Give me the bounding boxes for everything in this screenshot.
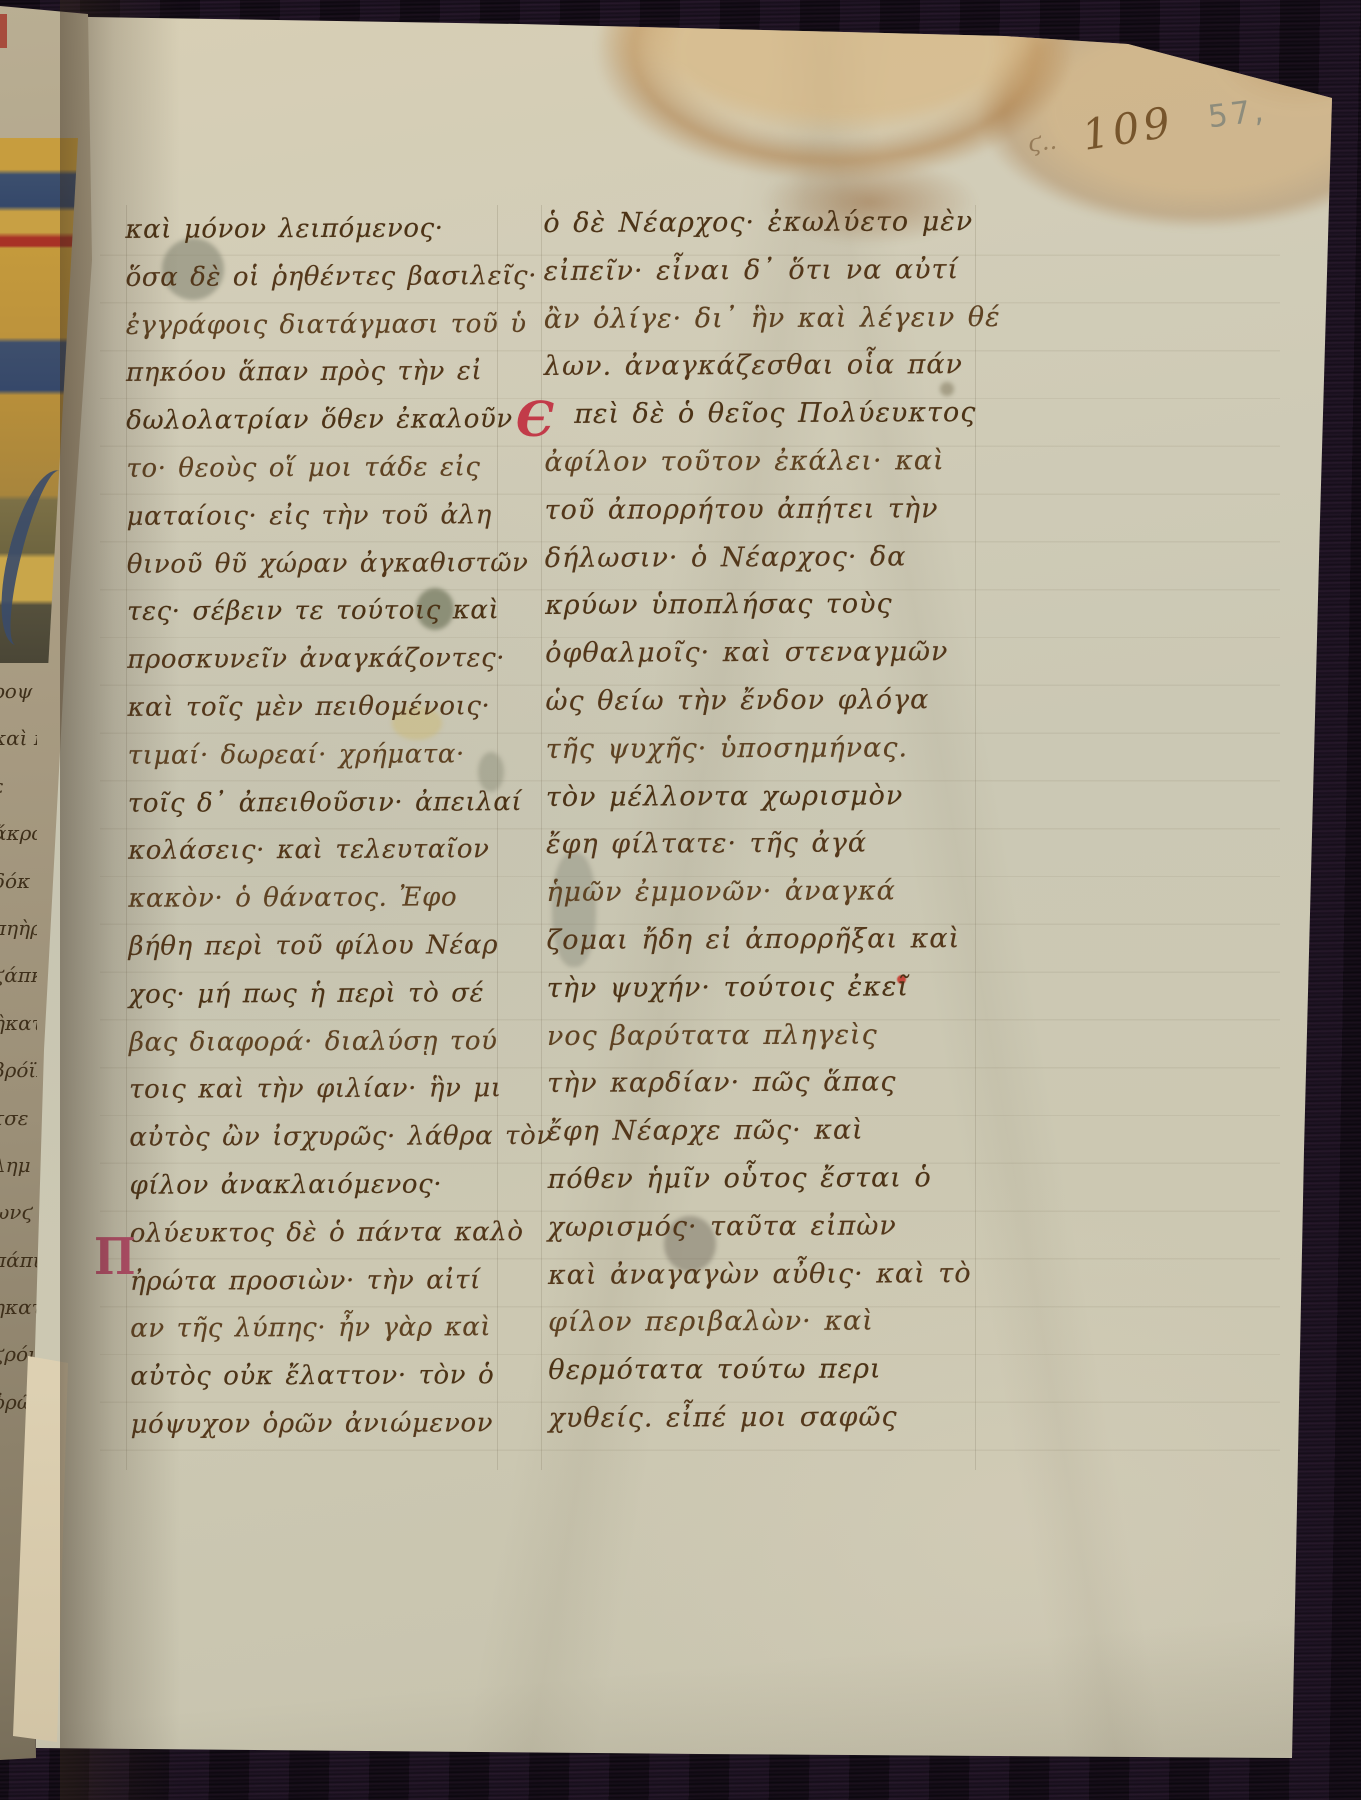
facing-page-text-fragments: ροψκαὶ πτεἄκρωδόκπηὴρϛάπκἢκατβρόϊκτσελημ… [0,668,37,1426]
text-line: πάπικ [0,1237,37,1284]
text-line: λων. ἀναγκάζεσθαι οἷα πάν [544,341,984,391]
text-line: λημ [0,1142,37,1189]
text-line: ὅσα δὲ οἱ ῥηθέντες βασιλεῖς· [125,253,497,302]
text-line: τὴν ψυχήν· τούτοις ἐκεῖ [547,963,987,1013]
text-line: δόκ [0,858,37,905]
text-line: θερμότατα τούτω περι [548,1345,988,1395]
text-line: βρόϊκ [0,1047,37,1094]
text-line: πηκόου ἅπαν πρὸς τὴν εἰ [126,349,498,398]
text-line: αὐτὸς ὢν ἰσχυρῶς· λάθρα τὸν [129,1113,501,1162]
text-line: εἰπεῖν· εἶναι δ᾽ ὅτι να αὐτί [543,246,983,296]
text-line: ἔφη φίλτατε· τῆς ἀγά [546,819,986,869]
text-line: θινοῦ θῦ χώραν ἀγκαθιστῶν [127,540,499,589]
facing-leaf-red-fleck [0,14,7,48]
text-line: ματαίοις· εἰς τὴν τοῦ ἀλη [127,492,499,541]
text-line: αὐτὸς οὐκ ἔλαττον· τὸν ὁ [130,1352,502,1401]
rubric-initial-epsilon: Є [516,392,554,448]
text-line: δωλολατρίαν ὅθεν ἐκαλοῦν [126,396,498,445]
text-line: ὁ δὲ Νέαρχος· ἐκωλύετο μὲν [543,198,983,248]
text-line: δήλωσιν· ὁ Νέαρχος· δα [545,533,985,583]
text-line: φίλον περιβαλὼν· καὶ [548,1297,988,1347]
text-line: κολάσεις· καὶ τελευταῖον [128,827,500,876]
text-line: ἠρώτα προσιὼν· τὴν αἰτί [130,1257,502,1306]
text-line: κακὸν· ὁ θάνατος. Ἐφο [128,874,500,923]
text-line: χος· μή πως ἡ περὶ τὸ σέ [129,970,501,1019]
manuscript-photo: καὶ μόνον λειπόμενος·ὅσα δὲ οἱ ῥηθέντες … [0,0,1361,1800]
text-line: τοις καὶ τὴν φιλίαν· ἣν μι [129,1066,501,1115]
text-line: βήθη περὶ τοῦ φίλου Νέαρ [128,922,500,971]
text-column-left: καὶ μόνον λειπόμενος·ὅσα δὲ οἱ ῥηθέντες … [125,205,502,1449]
text-line: νος βαρύτατα πληγεὶς [547,1011,987,1061]
text-line: ροψ [0,668,37,715]
text-line: καὶ ἀναγαγὼν αὖθις· καὶ τὸ [548,1250,988,1300]
text-line: τιμαί· δωρεαί· χρήματα· [128,731,500,780]
text-line: αν τῆς λύπης· ἦν γὰρ καὶ [130,1305,502,1354]
text-line: ἄκρω [0,810,37,857]
text-line: βας διαφορά· διαλύσῃ τού [129,1018,501,1067]
text-line: χωρισμός· ταῦτα εἰπὼν [548,1202,988,1252]
text-line: τὸν μέλλοντα χωρισμὸν [546,772,986,822]
text-line: ωνϛ [0,1189,37,1236]
text-line: κρύων ὑποπλήσας τοὺς [545,580,985,630]
text-column-right: ὁ δὲ Νέαρχος· ἐκωλύετο μὲνεἰπεῖν· εἶναι … [543,198,988,1443]
text-line: πόθεν ἡμῖν οὗτος ἔσται ὁ [547,1154,987,1204]
text-line: τῆς ψυχῆς· ὑποσημήνας. [546,724,986,774]
text-line: τες· σέβειν τε τούτοις καὶ [127,588,499,637]
text-line: ηκατά [0,1284,37,1331]
text-line: φίλον ἀνακλαιόμενος· [129,1161,501,1210]
text-line: ἀφίλον τοῦτον ἐκάλει· καὶ [544,437,984,487]
manuscript-page: καὶ μόνον λειπόμενος·ὅσα δὲ οἱ ῥηθέντες … [0,0,1361,1800]
text-line: τοῦ ἀπορρήτου ἀπῄτει τὴν [545,485,985,535]
text-line: καὶ μόνον λειπόμενος· [125,205,497,254]
text-line: ἐγγράφοις διατάγμασι τοῦ ὑ [126,301,498,350]
text-line: ἂν ὀλίγε· δι᾽ ἣν καὶ λέγειν θέ [544,294,984,344]
folio-number-pencil: 57, [1206,93,1268,136]
text-line: τσε [0,1095,37,1142]
text-line: χυθείς. εἶπέ μοι σαφῶς [549,1393,989,1443]
text-line: τοῖς δ᾽ ἀπειθοῦσιν· ἀπειλαί [128,779,500,828]
text-line: ολύευκτος δὲ ὁ πάντα καλὸ [130,1209,502,1258]
text-line: ὡς θείω τὴν ἔνδον φλόγα [545,676,985,726]
text-line: ἢκατ [0,1000,37,1047]
text-line: το· θεοὺς οἵ μοι τάδε εἰς [126,444,498,493]
text-line: ζομαι ἤδη εἰ ἀπορρῆξαι καὶ [546,915,986,965]
text-line: ε [0,763,37,810]
gutter-shadow [60,0,180,1800]
text-line: ὀφθαλμοῖς· καὶ στεναγμῶν [545,628,985,678]
text-line: προσκυνεῖν ἀναγκάζοντες· [127,635,499,684]
text-line: μόψυχον ὁρῶν ἀνιώμενον [131,1400,503,1449]
text-line: καὶ τοῖς μὲν πειθομένοις· [127,683,499,732]
text-line: ἔφη Νέαρχε πῶς· καὶ [547,1106,987,1156]
faint-ink-mark: ϛ.. [1027,127,1058,158]
text-line: πεὶ δὲ ὁ θεῖος Πολύευκτος [544,389,984,439]
text-line: ϛάπκ [0,952,37,999]
text-line: πηὴρ [0,905,37,952]
text-line: τὴν καρδίαν· πῶς ἅπας [547,1058,987,1108]
text-line: ἡμῶν ἐμμονῶν· ἀναγκά [546,867,986,917]
text-line: καὶ πτ [0,715,37,762]
